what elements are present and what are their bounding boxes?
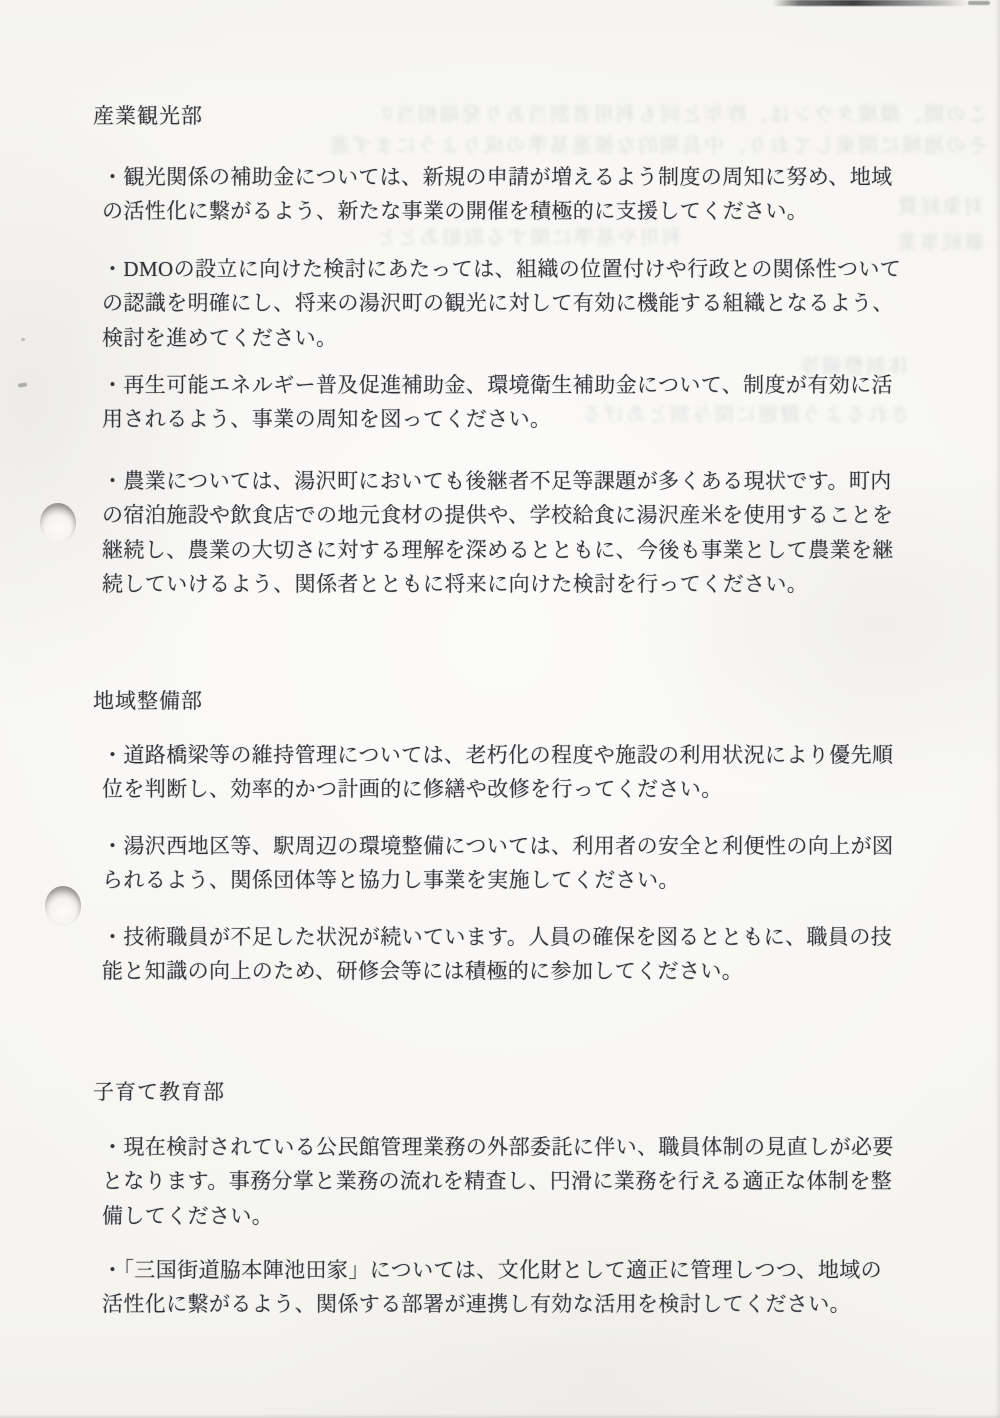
directive-paragraph: ・DMOの設立に向けた検討にあたっては、組織の位置付けや行政との関係性ついて の… (102, 252, 908, 355)
section-title-regional-development: 地域整備部 (93, 686, 493, 716)
punch-hole (40, 503, 76, 543)
page-edge-shadow-bottom (0, 1414, 1000, 1418)
ink-speck (21, 338, 25, 341)
directive-paragraph: ・農業については、湯沢町においても後継者不足等課題が多くある現状です。町内 の宿… (102, 464, 908, 602)
bleedthrough-text: その地域に関東しており、中長期的な推進基準の成りようにまず進む (326, 131, 988, 161)
section-title-childcare-education: 子育て教育部 (93, 1077, 493, 1107)
scan-edge-artifact-small (968, 1, 990, 5)
scan-edge-artifact (772, 0, 967, 6)
directive-paragraph: ・技術職員が不足した状況が続いています。人員の確保を図るとともに、職員の技 能と… (102, 920, 908, 989)
directive-paragraph: ・観光関係の補助金については、新規の申請が増えるよう制度の周知に努め、地域 の活… (102, 160, 908, 229)
page-edge-shadow-right (995, 0, 1000, 1418)
directive-paragraph: ・湯沢西地区等、駅周辺の環境整備については、利用者の安全と利便性の向上が図 られ… (102, 829, 908, 898)
scanned-page: この間、環境タウンは、昨年と同も利用者割当あり発端相当の下図 その地域に関東して… (0, 0, 1000, 1418)
directive-paragraph: ・現在検討されている公民館管理業務の外部委託に伴い、職員体制の見直しが必要 とな… (102, 1130, 908, 1233)
section-title-industry-tourism: 産業観光部 (93, 101, 493, 131)
directive-paragraph: ・道路橋梁等の維持管理については、老朽化の程度や施設の利用状況により優先順 位を… (102, 738, 908, 807)
punch-hole (45, 886, 81, 926)
ink-speck (18, 382, 27, 387)
directive-paragraph: ・再生可能エネルギー普及促進補助金、環境衛生補助金について、制度が有効に活 用さ… (102, 368, 908, 437)
directive-paragraph: ・「三国街道脇本陣池田家」については、文化財として適正に管理しつつ、地域の 活性… (102, 1253, 908, 1322)
